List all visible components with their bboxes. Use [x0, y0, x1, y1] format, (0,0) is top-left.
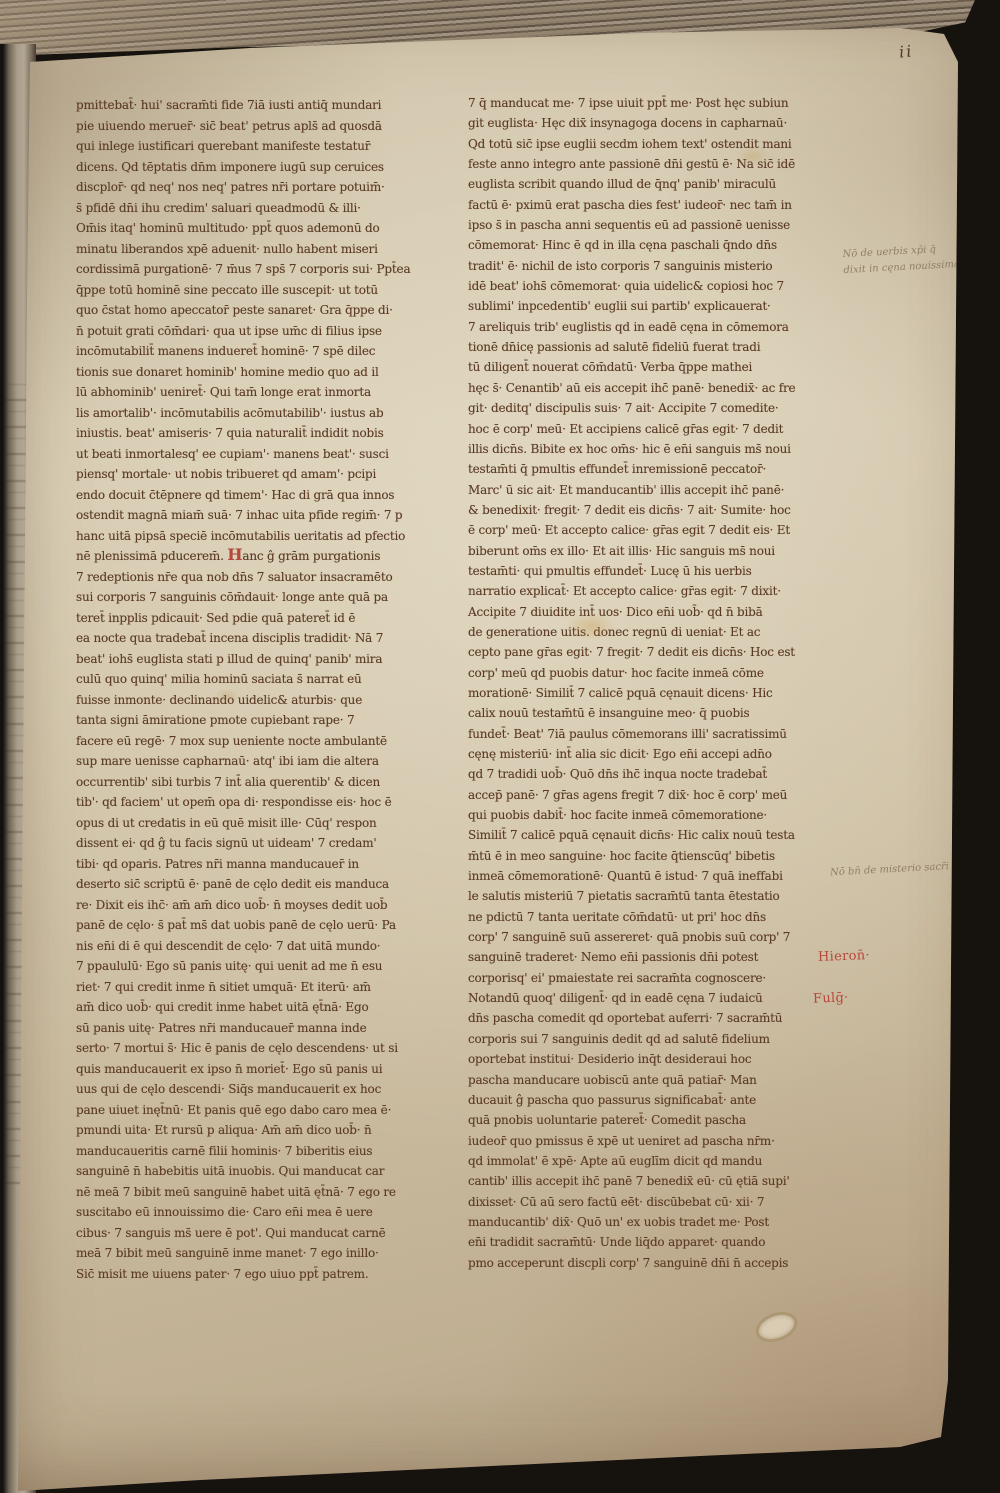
manuscript-photo: ii pmittebat̄· hui' sacram̄ti fide 7iā i… — [0, 0, 1000, 1493]
manuscript-text-line: 7 ppaululū· Ego sū panis uitę· qui uenit… — [76, 956, 441, 977]
manuscript-text-line: cantib' illis accepit ihc̄ panē 7 benedi… — [468, 1171, 842, 1191]
margin-note-cursive-top: Nō de uerbis xp̄i q̄dixit in cęna nouiss… — [842, 239, 999, 279]
text-column-right: 7 q̄ manducat me· 7 ipse uiuit ppt̄ me· … — [468, 93, 842, 1273]
manuscript-text-line: fuisse inmonte· declinando uidelic& atur… — [76, 690, 441, 711]
manuscript-text-line: illis dicn̄s. Bibite ex hoc om̄s· hic ē … — [468, 439, 842, 459]
manuscript-text-line: tib'· qd faciem' ut opem̄ opa di· respon… — [76, 792, 441, 813]
manuscript-text-line: tanta signi āmiratione pmote cupiebant r… — [76, 710, 441, 731]
manuscript-text-line: qd 7 tradidi uob̄· Quō dn̄s ihc̄ inqua n… — [468, 764, 842, 784]
margin-label-hieronymus: Hieron̄· — [818, 948, 870, 965]
manuscript-text-line: piensq' mortale· ut nobis tribueret qd a… — [76, 464, 441, 485]
manuscript-text-line: sublimi' inpcedentib' euglii sui partib'… — [468, 296, 842, 316]
margin-label-fulgentius: Fulḡ· — [813, 990, 849, 1006]
manuscript-text-line: re· Dixit eis ihc̄· am̄ am̄ dico uob̄· n… — [76, 895, 441, 916]
manuscript-text-line: ducauit ĝ pascha quo passurus significab… — [468, 1090, 842, 1110]
manuscript-text-line: facere eū regē· 7 mox sup ueniente nocte… — [76, 731, 441, 752]
parchment-hole — [752, 1306, 802, 1347]
manuscript-text-line: narratio explicat̄· Et accepto calice· g… — [468, 581, 842, 601]
manuscript-text-line: cibus· 7 sanguis ms̄ uere ē pot'. Qui ma… — [76, 1223, 441, 1244]
manuscript-text-line: occurrentib' sibi turbis 7 int̄ alia que… — [76, 772, 441, 793]
manuscript-text-line: 7 redeptionis nr̄e qua nob dn̄s 7 saluat… — [76, 567, 441, 588]
manuscript-text-line: corporis sui 7 sanguinis dedit qd ad sal… — [468, 1029, 842, 1049]
manuscript-text-line: cepto pane gr̄as egit· 7 fregit· 7 dedit… — [468, 642, 842, 662]
manuscript-text-line: sui corporis 7 sanguinis cōm̄dauit· long… — [76, 587, 441, 608]
manuscript-text-line: nē plenissimā pducerem̄. Hanc ĝ grām pur… — [76, 546, 441, 567]
manuscript-text-line: minatu liberandos xpē aduenit· nullo hab… — [76, 239, 441, 260]
manuscript-text-line: qui inlege iustificari querebant manifes… — [76, 136, 441, 157]
manuscript-text-line: feste anno integro ante passionē dn̄i ge… — [468, 154, 842, 174]
manuscript-text-line: 7 q̄ manducat me· 7 ipse uiuit ppt̄ me· … — [468, 93, 842, 113]
manuscript-text-line: tū diligent̄ nouerat cōm̄datū· Verba q̄p… — [468, 357, 842, 377]
manuscript-text-line: quā pnobis uoluntarie pateret̄· Comedit … — [468, 1110, 842, 1130]
manuscript-text-line: hoc ē corp' meū· Et accipiens calicē gr̄… — [468, 419, 842, 439]
manuscript-text-line: testam̄ti· qui pmultis effundet̄· Lucę ū… — [468, 561, 842, 581]
folio-number: ii — [898, 41, 914, 61]
manuscript-text-line: morationē· Similit̄ 7 calicē pquā cęnaui… — [468, 683, 842, 703]
manuscript-text-line: nis en̄i di ē qui descendit de cęlo· 7 d… — [76, 936, 441, 957]
manuscript-text-line: sup mare uenisse capharnaū· atq' ibi iam… — [76, 751, 441, 772]
manuscript-text-line: incōmutabilit̄ manens indueret̄ hominē· … — [76, 341, 441, 362]
manuscript-text-line: git· deditq' discipulis suis· 7 ait· Acc… — [468, 398, 842, 418]
manuscript-page: ii pmittebat̄· hui' sacram̄ti fide 7iā i… — [0, 0, 1000, 1493]
manuscript-text-line: discplor̄· qd neq' nos neq' patres nr̄i … — [76, 177, 441, 198]
manuscript-text-line: tionē dn̄icę passionis ad salutē fideliū… — [468, 337, 842, 357]
manuscript-text-line: inmeā cōmemorationē· Quantū ē istud· 7 q… — [468, 866, 842, 886]
manuscript-text-line: tibi· qd oparis. Patres nr̄i manna mandu… — [76, 854, 441, 875]
manuscript-text-line: ē corp' meū· Et accepto calice· gr̄as eg… — [468, 520, 842, 540]
manuscript-text-line: ne pdictū 7 tanta ueritate cōm̄datū· ut … — [468, 907, 842, 927]
manuscript-text-line: ostendit magnā miam̄ suā· 7 inhac uita p… — [76, 505, 441, 526]
margin-note-cursive-mid: Nō bn̄ de misterio sacr̄i — [830, 857, 999, 882]
manuscript-text-line: biberunt om̄s ex illo· Et ait illis· Hic… — [468, 541, 842, 561]
manuscript-text-line: corp' meū qd puobis datur· hoc facite in… — [468, 663, 842, 683]
manuscript-text-line: manducaueritis carnē filii hominis· 7 bi… — [76, 1141, 441, 1162]
manuscript-text-line: quo c̄stat homo apeccator̄ peste sanaret… — [76, 300, 441, 321]
rubricated-initial: H — [227, 545, 242, 564]
manuscript-text-line: hęc s̄· Cenantib' aū eis accepit ihc̄ pa… — [468, 378, 842, 398]
manuscript-text-line: uus qui de cęlo descendi· Siq̄s manducau… — [76, 1079, 441, 1100]
manuscript-text-line: factū ē· pximū erat pascha dies fest' iu… — [468, 195, 842, 215]
manuscript-text-line: q̄ppe totū hominē sine peccato ille susc… — [76, 280, 441, 301]
manuscript-text-line: m̄tū ē in meo sanguine· hoc facite q̄tie… — [468, 846, 842, 866]
manuscript-text-line: endo docuit c̄tēpnere qd timem'· Hac di … — [76, 485, 441, 506]
manuscript-text-line: meā 7 bibit meū sanguinē inme manet· 7 e… — [76, 1243, 441, 1264]
manuscript-text-line: qd immolat' ē xpē· Apte aū euglīm dicit … — [468, 1151, 842, 1171]
manuscript-text-line: iudeor̄ quo pmissus ē xpē ut ueniret ad … — [468, 1131, 842, 1151]
manuscript-text-line: teret̄ inpplis pdicauit· Sed pdie quā pa… — [76, 608, 441, 629]
manuscript-text-line: sanguinē n̄ habebitis uitā inuobis. Qui … — [76, 1161, 441, 1182]
manuscript-text-line: culū quo quinq' milia hominū saciata s̄ … — [76, 669, 441, 690]
manuscript-text-line: corp' 7 sanguinē suū assereret· quā pnob… — [468, 927, 842, 947]
manuscript-text-line: & benedixit· fregit· 7 dedit eis dicn̄s·… — [468, 500, 842, 520]
manuscript-text-line: pmundi uita· Et rursū p aliqua· Am̄ am̄ … — [76, 1120, 441, 1141]
manuscript-text-line: am̄ dico uob̄· qui credit inme habet uit… — [76, 997, 441, 1018]
manuscript-text-line: accep̄ panē· 7 gr̄as agens fregit 7 dix̄… — [468, 785, 842, 805]
manuscript-text-line: suscitabo eū innouissimo die· Caro en̄i … — [76, 1202, 441, 1223]
manuscript-text-line: git euglista· Hęc dix̄ insynagoga docens… — [468, 113, 842, 133]
manuscript-text-line: pmittebat̄· hui' sacram̄ti fide 7iā iust… — [76, 95, 441, 116]
manuscript-text-line: euglista scribit quando illud de q̄nq' p… — [468, 174, 842, 194]
manuscript-text-line: dn̄s pascha comedit qd oportebat auferri… — [468, 1008, 842, 1028]
manuscript-text-line: corporisq' ei' pmaiestate rei sacram̄ta … — [468, 968, 842, 988]
manuscript-text-line: lū abhominib' ueniret̄· Qui tam̄ longe e… — [76, 382, 441, 403]
manuscript-text-line: testam̄ti q̄ pmultis effundet̄ inremissi… — [468, 459, 842, 479]
manuscript-text-line: lis amortalib'· incōmutabilis acōmutabil… — [76, 403, 441, 424]
manuscript-text-line: Om̄is itaq' hominū multitudo· ppt̄ quos … — [76, 218, 441, 239]
manuscript-text-line: s̄ pfidē dn̄i ihu credim' saluari queadm… — [76, 198, 441, 219]
manuscript-text-line: n̄ potuit grati cōm̄dari· qua ut ipse um… — [76, 321, 441, 342]
manuscript-text-line: tionis sue donaret hominib' homine medio… — [76, 362, 441, 383]
manuscript-text-line: cōmemorat· Hinc ē qd in illa cęna pascha… — [468, 235, 842, 255]
manuscript-text-line: 7 areliquis trib' euglistis qd in eadē c… — [468, 317, 842, 337]
manuscript-text-line: deserto sic̄ scriptū ē· panē de cęlo ded… — [76, 874, 441, 895]
manuscript-text-line: manducantib' dix̄· Quō un' ex uobis trad… — [468, 1212, 842, 1232]
manuscript-text-line: oportebat institui· Desiderio inq̄t desi… — [468, 1049, 842, 1069]
manuscript-text-line: Marc' ū sic ait· Et manducantib' illis a… — [468, 480, 842, 500]
manuscript-text-line: calix nouū testam̄tū ē insanguine meo· q… — [468, 703, 842, 723]
manuscript-text-line: riet· 7 qui credit inme n̄ sitiet umquā·… — [76, 977, 441, 998]
manuscript-text-line: quis manducauerit ex ipso n̄ moriet̄· Eg… — [76, 1059, 441, 1080]
manuscript-text-line: sanguinē traderet· Nemo en̄i passionis d… — [468, 947, 842, 967]
manuscript-text-line: tradit' ē· nichil de isto corporis 7 san… — [468, 256, 842, 276]
manuscript-text-line: ea nocte qua tradebat̄ incena disciplis … — [76, 628, 441, 649]
manuscript-text-line: dixisset· Cū aū sero factū eēt· discūbeb… — [468, 1192, 842, 1212]
manuscript-text-line: Accipite 7 diuidite int̄ uos· Dico en̄i … — [468, 602, 842, 622]
manuscript-text-line: Sic̄ misit me uiuens pater· 7 ego uiuo p… — [76, 1264, 441, 1285]
manuscript-text-line: pane uiuet inęt̄nū· Et panis quē ego dab… — [76, 1100, 441, 1121]
manuscript-text-line: beat' iohs̄ euglista stati p illud de qu… — [76, 649, 441, 670]
manuscript-text-line: sū panis uitę· Patres nr̄i manducauer̄ m… — [76, 1018, 441, 1039]
manuscript-text-line: Notandū quoq' diligent̄· qd in eadē cęna… — [468, 988, 842, 1008]
manuscript-text-line: qui puobis dabit̄· hoc facite inmeā cōme… — [468, 805, 842, 825]
manuscript-text-line: Similit̄ 7 calicē pquā cęnauit dicn̄s· H… — [468, 825, 842, 845]
manuscript-text-line: panē de cęlo· s̄ pat̄ ms̄ dat uobis panē… — [76, 915, 441, 936]
manuscript-text-line: ipso s̄ in pascha anni sequentis eū ad p… — [468, 215, 842, 235]
manuscript-text-line: idē beat' iohs̄ cōmemorat· quia uidelic&… — [468, 276, 842, 296]
manuscript-text-line: pascha manducare uobiscū ante quā patiar… — [468, 1070, 842, 1090]
manuscript-text-line: serto· 7 mortui s̄· Hic ē panis de cęlo … — [76, 1038, 441, 1059]
manuscript-text-line: pie uiuendo meruer̄· sic̄ beat' petrus a… — [76, 116, 441, 137]
manuscript-text-line: fundet̄· Beat' 7iā paulus cōmemorans ill… — [468, 724, 842, 744]
manuscript-text-line: le salutis misteriū 7 pietatis sacram̄tū… — [468, 886, 842, 906]
manuscript-text-line: iniustis. beat' amiseris· 7 quia natural… — [76, 423, 441, 444]
manuscript-text-line: cęnę misteriū· int̄ alia sic dicit· Ego … — [468, 744, 842, 764]
manuscript-text-line: dissent ei· qd ĝ tu facis signū ut uidea… — [76, 833, 441, 854]
manuscript-text-line: nē meā 7 bibit meū sanguinē habet uitā ę… — [76, 1182, 441, 1203]
manuscript-text-line: opus di ut credatis in eū quē misit ille… — [76, 813, 441, 834]
manuscript-text-line: ut beati inmortalesq' ee cupiam'· manens… — [76, 444, 441, 465]
manuscript-text-line: dicens. Qd tēptatis dn̄m imponere iugū s… — [76, 157, 441, 178]
manuscript-text-line: Qd totū sic̄ ipse euglii secdm iohem tex… — [468, 134, 842, 154]
manuscript-text-line: cordissimā purgationē· 7 m̄us 7 sps̄ 7 c… — [76, 259, 441, 280]
manuscript-text-line: pmo acceperunt discpli corp' 7 sanguinē … — [468, 1253, 842, 1273]
text-column-left: pmittebat̄· hui' sacram̄ti fide 7iā iust… — [76, 95, 441, 1284]
manuscript-text-line: hanc uitā pipsā speciē incōmutabilis uer… — [76, 526, 441, 547]
manuscript-text-line: en̄i tradidit sacram̄tū· Unde liq̄do app… — [468, 1232, 842, 1252]
manuscript-text-line: de generatione uitis. donec regnū di uen… — [468, 622, 842, 642]
